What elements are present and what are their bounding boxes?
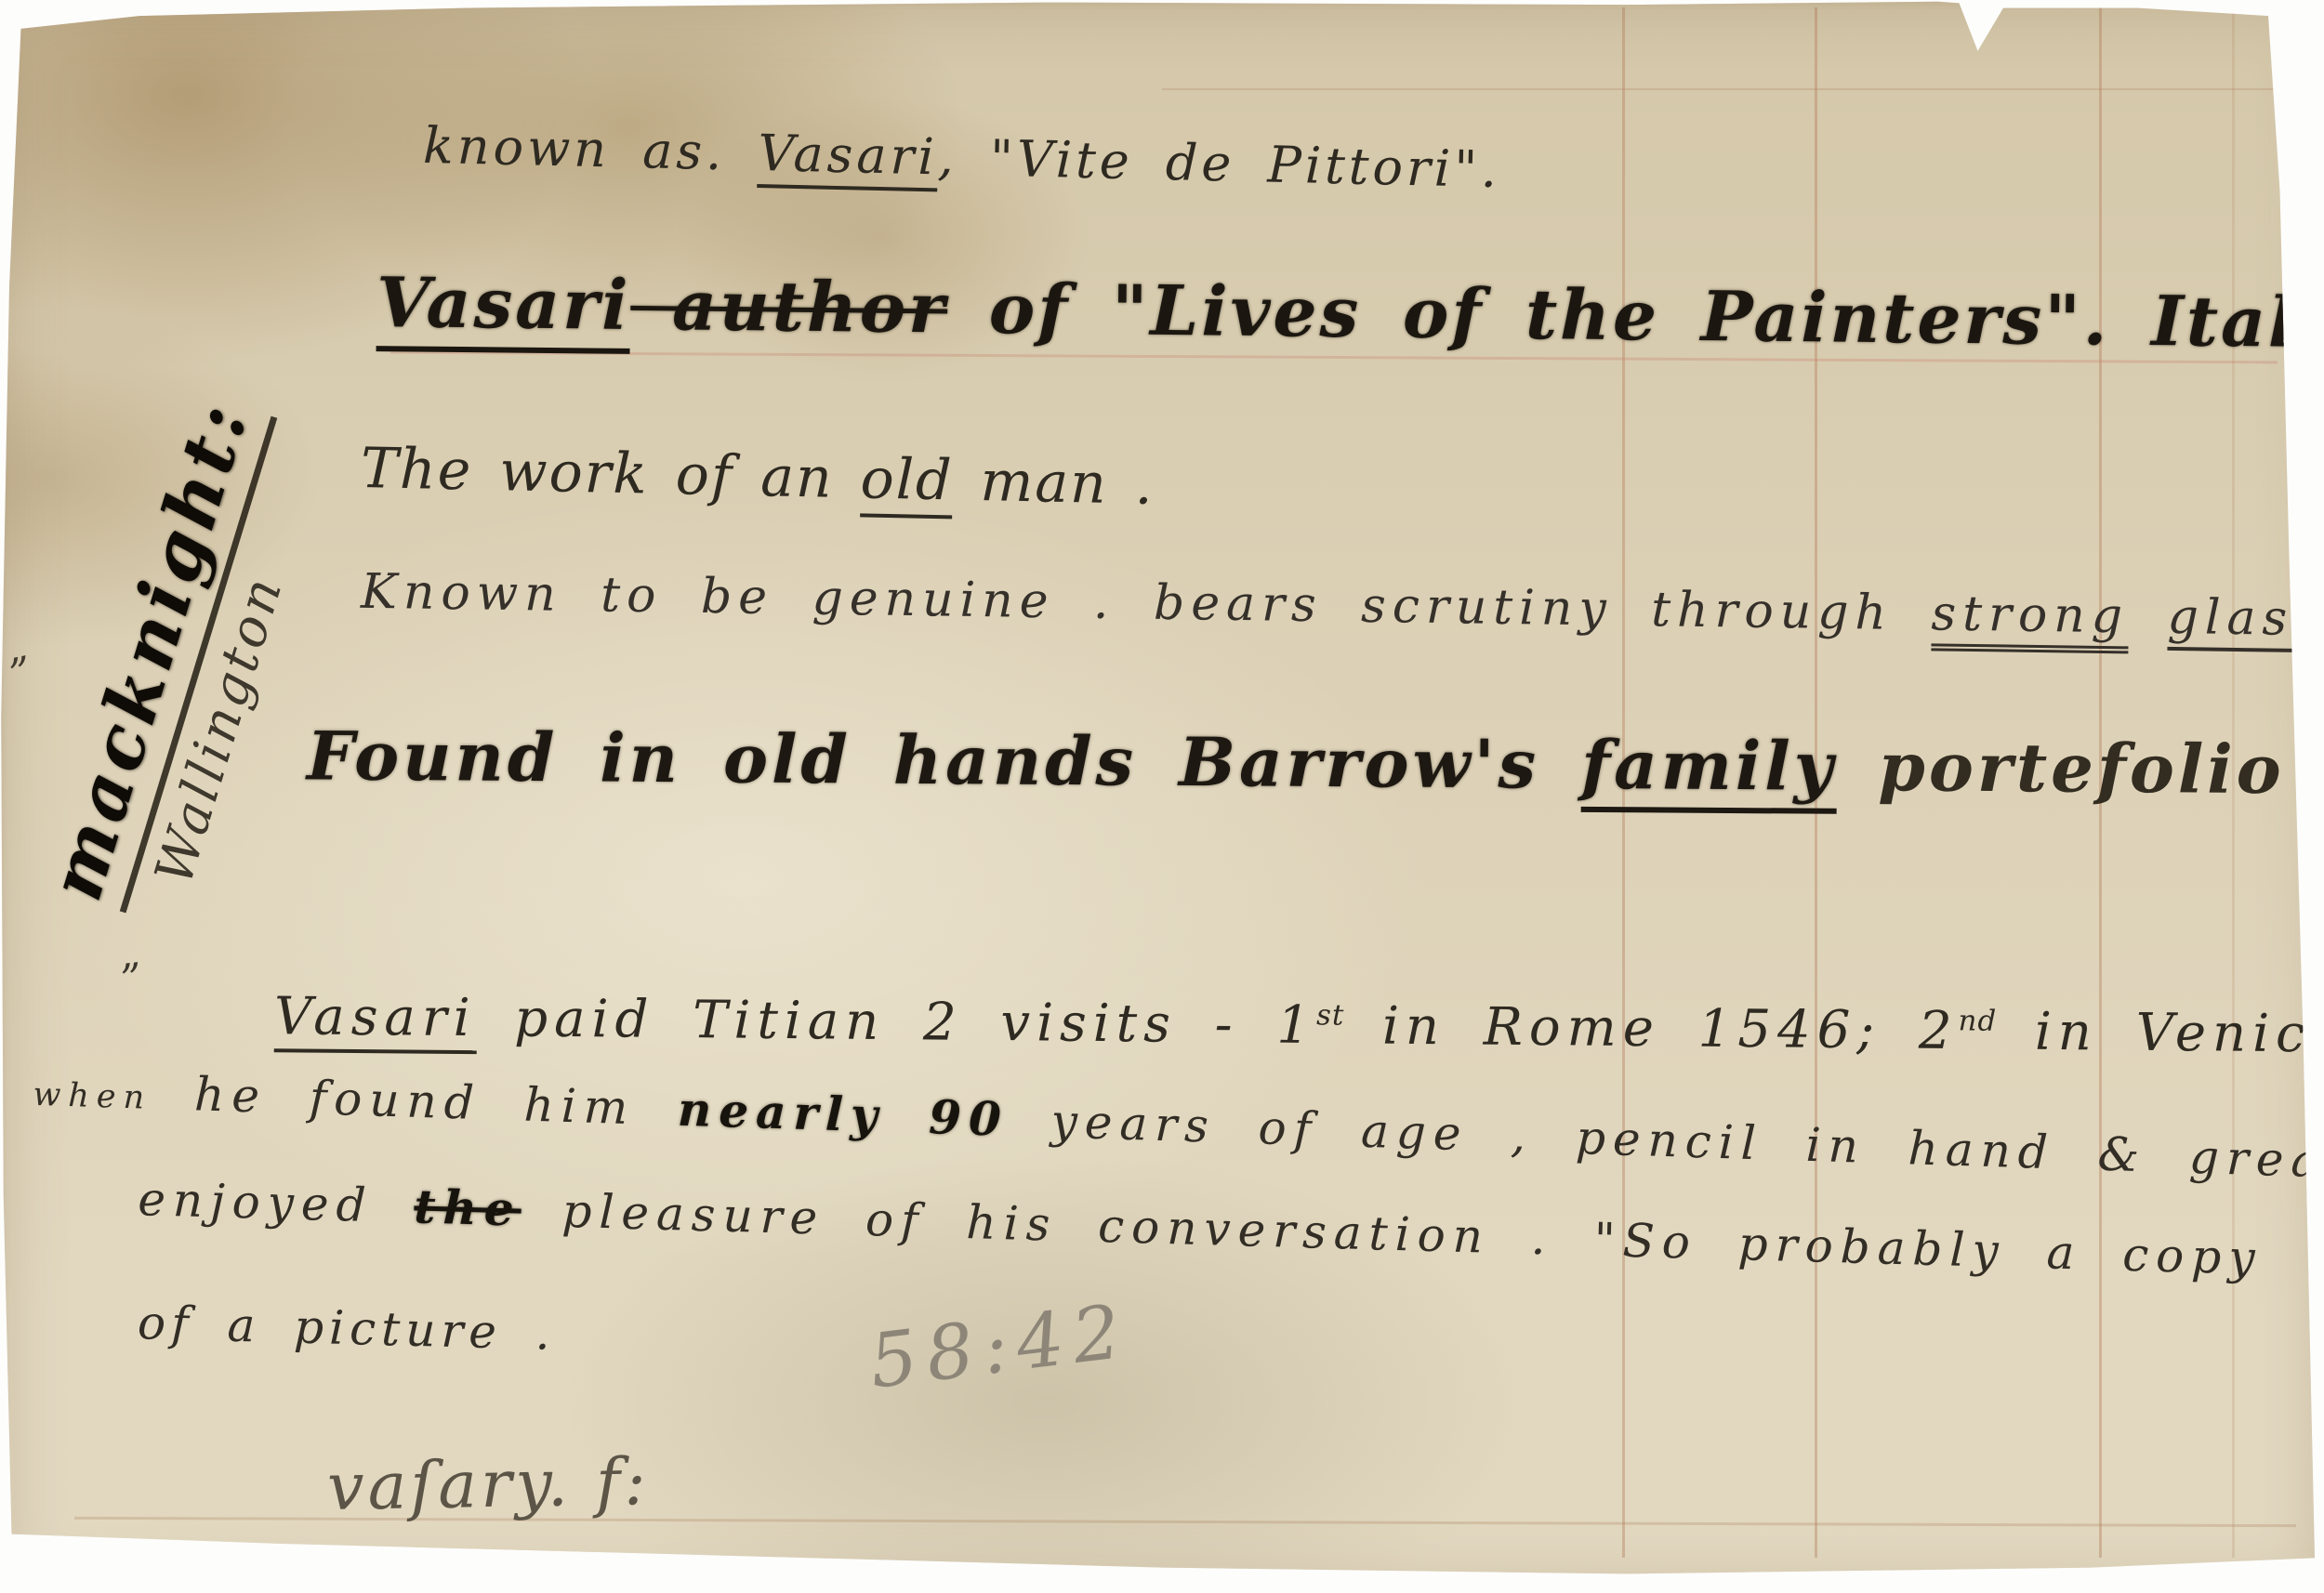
- inscription-text: Known to be genuine . bears scrutiny thr…: [361, 564, 1932, 642]
- stray-ink-mark: „: [1, 623, 32, 674]
- inscription-conversation: enjoyed the pleasure of his conversation…: [138, 1171, 2264, 1285]
- underlined-word-family: family: [1581, 725, 1837, 814]
- inscription-old-man: The work of an old man .: [360, 436, 1155, 518]
- underlined-word-vasari: Vasari: [376, 263, 631, 354]
- inscription-portefolio: Found in old hands Barrow's family porte…: [307, 716, 2324, 809]
- ruled-line-upper-right: [1162, 88, 2278, 90]
- inscription-text: , "Vite de Pittori".: [937, 127, 1501, 199]
- underlined-word-old: old: [860, 446, 954, 519]
- inscription-text: The work of an: [360, 436, 861, 511]
- inscription-author: Vasari author of "Lives of the Painters"…: [376, 263, 2324, 365]
- inscription-text: in Venice 1566.: [1997, 1001, 2324, 1066]
- inscription-text: known as.: [422, 116, 759, 182]
- superscript-st: st: [1316, 998, 1345, 1032]
- overwritten-nearly-90: nearly 90: [677, 1082, 1010, 1147]
- inscription-text: Barrow's: [1179, 722, 1582, 804]
- inscription-text: years of age , pencil in hand & greatly: [1008, 1093, 2324, 1191]
- inscription-visits: Vasari paid Titian 2 visits - 1st in Rom…: [274, 986, 2324, 1067]
- inscription-picture: of a picture .: [137, 1296, 556, 1361]
- inscription-known-as: known as. Vasari, "Vite de Pittori".: [422, 116, 1500, 199]
- marginal-word-when: when: [33, 1076, 152, 1117]
- inscription-genuine: Known to be genuine . bears scrutiny thr…: [361, 564, 2324, 648]
- signature-vasary: vaſary. f:: [326, 1443, 650, 1525]
- underlined-word-vasari: Vasari: [274, 986, 477, 1054]
- superscript-nd: nd: [1958, 1004, 1997, 1037]
- inscription-text: paid Titian 2 visits - 1: [476, 988, 1316, 1056]
- inscription-text: pleasure of his conversation . "So proba…: [521, 1183, 2264, 1285]
- double-underlined-word-strong: strong: [1931, 586, 2129, 653]
- inscription-age: when he found him nearly 90 years of age…: [33, 1061, 2324, 1191]
- scanned-document: known as. Vasari, "Vite de Pittori". Vas…: [0, 0, 2324, 1593]
- struck-word-the: the: [414, 1178, 522, 1236]
- inscription-text: in Rome 1546; 2: [1344, 995, 1959, 1061]
- inscription-text: of "Lives of the Painters". Italian .: [947, 270, 2324, 365]
- pencil-inventory-number: 58:42: [865, 1287, 1134, 1404]
- struck-word-author: author: [630, 266, 948, 349]
- inscription-text: enjoyed: [138, 1172, 416, 1233]
- inscription-text: [2129, 588, 2168, 645]
- stray-ink-mark: ”: [118, 954, 144, 1004]
- inscription-text: portefolio .: [1836, 727, 2324, 810]
- underlined-word-glass: glass: [2167, 589, 2324, 652]
- inscription-text: man .: [953, 448, 1155, 518]
- inscription-text: he found him: [151, 1066, 679, 1137]
- underlined-word-vasari: Vasari: [758, 124, 939, 191]
- margin-annotation: macknight:Wallington: [33, 389, 340, 932]
- inscription-text: Found in old hands: [307, 716, 1180, 801]
- paper-card: known as. Vasari, "Vite de Pittori". Vas…: [0, 0, 2324, 1593]
